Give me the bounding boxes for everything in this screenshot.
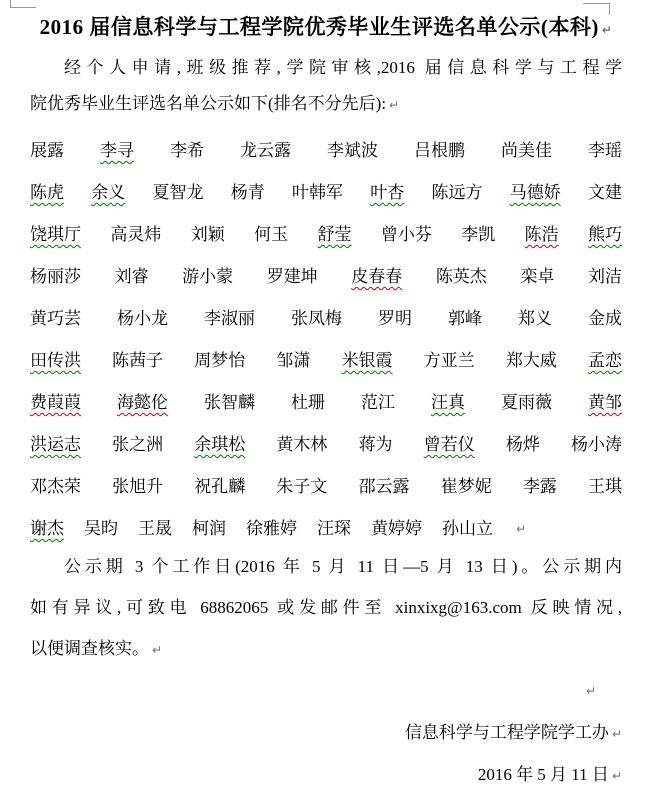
student-name: 李寻 bbox=[100, 130, 134, 172]
name-row: 田传洪陈茜子周梦怡邹潇米银霞方亚兰郑大威孟恋 bbox=[30, 340, 622, 382]
paragraph-mark-icon: ↵ bbox=[612, 769, 622, 783]
intro-line-2: 院优秀毕业生评选名单公示如下(排名不分先后):↵ bbox=[30, 83, 622, 125]
paragraph-mark-icon: ↵ bbox=[516, 508, 526, 550]
name-row: 洪运志张之洲余琪松黄木林蒋为曾若仪杨烨杨小涛 bbox=[30, 424, 622, 466]
student-name: 米银霞 bbox=[342, 340, 393, 382]
student-name: 刘睿 bbox=[115, 256, 149, 298]
student-name: 曾小芬 bbox=[381, 214, 432, 256]
student-name: 黄邹 bbox=[588, 382, 622, 424]
student-name: 夏雨薇 bbox=[501, 382, 552, 424]
student-name: 田传洪 bbox=[30, 340, 81, 382]
student-name: 高灵炜 bbox=[110, 214, 161, 256]
student-name: 马德娇 bbox=[510, 172, 561, 214]
student-name: 陈茜子 bbox=[112, 340, 163, 382]
student-name: 文建 bbox=[588, 172, 622, 214]
student-name: 李凯 bbox=[461, 214, 495, 256]
student-name: 李瑶 bbox=[588, 130, 622, 172]
student-name: 李露 bbox=[523, 466, 557, 508]
student-name: 吕根鹏 bbox=[414, 130, 465, 172]
student-name: 尚美佳 bbox=[501, 130, 552, 172]
notice-line-3: 以便调查核实。↵ bbox=[30, 628, 622, 670]
student-name: 费葭葭 bbox=[30, 382, 81, 424]
student-name: 栾卓 bbox=[520, 256, 554, 298]
student-name: 罗建坤 bbox=[267, 256, 318, 298]
student-name: 李淑丽 bbox=[204, 298, 255, 340]
name-row: 谢杰吴昀王晟柯润徐雅婷汪琛黄婷婷孙山立↵ bbox=[30, 508, 622, 550]
paragraph-mark-icon: ↵ bbox=[602, 23, 613, 37]
student-name: 孟恋 bbox=[588, 340, 622, 382]
student-name: 邵云露 bbox=[359, 466, 410, 508]
student-name: 汪真 bbox=[431, 382, 465, 424]
paragraph-mark-icon: ↵ bbox=[389, 98, 399, 112]
student-name: 张凤梅 bbox=[291, 298, 342, 340]
student-name: 夏智龙 bbox=[153, 172, 204, 214]
date-line: 2016 年 5 月 11 日↵ bbox=[30, 754, 622, 790]
student-name: 祝孔麟 bbox=[194, 466, 245, 508]
student-name: 黄婷婷 bbox=[371, 508, 422, 550]
student-name: 陈浩 bbox=[525, 214, 559, 256]
student-name: 曾若仪 bbox=[424, 424, 475, 466]
student-name: 徐雅婷 bbox=[246, 508, 297, 550]
student-name: 叶杏 bbox=[370, 172, 404, 214]
student-name: 熊巧 bbox=[588, 214, 622, 256]
student-name: 展露 bbox=[30, 130, 64, 172]
student-name: 陈虎 bbox=[30, 172, 64, 214]
empty-paragraph: ↵ bbox=[583, 670, 596, 712]
student-name: 杜珊 bbox=[291, 382, 325, 424]
notice-line-2-text: 如有异议,可致电 68862065 或发邮件至 xinxixg@163.com … bbox=[30, 598, 622, 617]
student-name: 杨小涛 bbox=[571, 424, 622, 466]
signature-text: 信息科学与工程学院学工办 bbox=[405, 723, 609, 742]
student-name: 郑大威 bbox=[506, 340, 557, 382]
student-name: 柯润 bbox=[192, 508, 226, 550]
student-name: 孙山立 bbox=[442, 508, 493, 550]
name-row: 陈虎余义夏智龙杨青叶韩军叶杏陈远方马德娇文建 bbox=[30, 172, 622, 214]
paragraph-mark-icon: ↵ bbox=[612, 727, 622, 741]
student-name: 李希 bbox=[170, 130, 204, 172]
notice-line-1-text: 公示期 3 个工作日(2016 年 5 月 11 日—5 月 13 日)。公示期… bbox=[64, 557, 622, 576]
student-name: 汪琛 bbox=[317, 508, 351, 550]
intro-line-2-text: 院优秀毕业生评选名单公示如下(排名不分先后): bbox=[30, 94, 386, 113]
student-name: 皮春春 bbox=[351, 256, 402, 298]
student-name: 郑义 bbox=[518, 298, 552, 340]
student-name: 范江 bbox=[361, 382, 395, 424]
student-name: 刘洁 bbox=[588, 256, 622, 298]
student-name: 叶韩军 bbox=[292, 172, 343, 214]
document-page: 2016 届信息科学与工程学院优秀毕业生评选名单公示(本科)↵ 经个人申请,班级… bbox=[0, 0, 652, 790]
student-name: 陈远方 bbox=[432, 172, 483, 214]
student-name: 郭峰 bbox=[448, 298, 482, 340]
student-name: 王晟 bbox=[138, 508, 172, 550]
student-name: 洪运志 bbox=[30, 424, 81, 466]
notice-line-2: 如有异议,可致电 68862065 或发邮件至 xinxixg@163.com … bbox=[30, 587, 622, 629]
student-name: 余琪松 bbox=[194, 424, 245, 466]
name-row: 黄巧芸杨小龙李淑丽张凤梅罗明郭峰郑义金成 bbox=[30, 298, 622, 340]
student-name: 谢杰 bbox=[30, 508, 64, 550]
student-name: 黄木林 bbox=[276, 424, 327, 466]
student-name: 刘颖 bbox=[191, 214, 225, 256]
student-name: 罗明 bbox=[378, 298, 412, 340]
intro-line-1-text: 经个人申请,班级推荐,学院审核,2016 届信息科学与工程学 bbox=[64, 58, 622, 77]
student-name: 张旭升 bbox=[112, 466, 163, 508]
student-name: 王琪 bbox=[588, 466, 622, 508]
student-name: 何玉 bbox=[254, 214, 288, 256]
student-name: 张智麟 bbox=[204, 382, 255, 424]
student-name: 舒莹 bbox=[318, 214, 352, 256]
student-name: 龙云露 bbox=[240, 130, 291, 172]
student-name: 李斌波 bbox=[327, 130, 378, 172]
paragraph-mark-icon: ↵ bbox=[152, 643, 162, 657]
student-name: 杨烨 bbox=[506, 424, 540, 466]
name-row: 展露李寻李希龙云露李斌波吕根鹏尚美佳李瑶 bbox=[30, 130, 622, 172]
name-row: 费葭葭海懿伦张智麟杜珊范江汪真夏雨薇黄邹 bbox=[30, 382, 622, 424]
student-name: 海懿伦 bbox=[117, 382, 168, 424]
notice-line-3-text: 以便调查核实。 bbox=[30, 639, 149, 658]
paragraph-mark-icon: ↵ bbox=[586, 684, 596, 698]
student-name: 金成 bbox=[588, 298, 622, 340]
student-name: 朱子文 bbox=[276, 466, 327, 508]
student-name: 游小蒙 bbox=[182, 256, 233, 298]
student-name: 余义 bbox=[91, 172, 125, 214]
page-title-text: 2016 届信息科学与工程学院优秀毕业生评选名单公示(本科) bbox=[40, 15, 599, 39]
name-row: 邓杰荣张旭升祝孔麟朱子文邵云露崔梦妮李露王琪 bbox=[30, 466, 622, 508]
student-name: 周梦怡 bbox=[194, 340, 245, 382]
student-name: 杨小龙 bbox=[117, 298, 168, 340]
student-name: 饶琪厅 bbox=[30, 214, 81, 256]
student-name: 杨丽莎 bbox=[30, 256, 81, 298]
student-name: 张之洲 bbox=[112, 424, 163, 466]
name-row: 饶琪厅高灵炜刘颖何玉舒莹曾小芬李凯陈浩熊巧 bbox=[30, 214, 622, 256]
student-name: 黄巧芸 bbox=[30, 298, 81, 340]
student-name: 邹潇 bbox=[276, 340, 310, 382]
student-name: 杨青 bbox=[231, 172, 265, 214]
student-name: 蒋为 bbox=[359, 424, 393, 466]
notice-line-1: 公示期 3 个工作日(2016 年 5 月 11 日—5 月 13 日)。公示期… bbox=[30, 546, 622, 588]
signature-line: 信息科学与工程学院学工办↵ bbox=[30, 712, 622, 754]
student-name: 崔梦妮 bbox=[441, 466, 492, 508]
name-row: 杨丽莎刘睿游小蒙罗建坤皮春春陈英杰栾卓刘洁 bbox=[30, 256, 622, 298]
student-name: 吴昀 bbox=[84, 508, 118, 550]
date-text: 2016 年 5 月 11 日 bbox=[478, 765, 609, 784]
page-title: 2016 届信息科学与工程学院优秀毕业生评选名单公示(本科)↵ bbox=[30, 6, 622, 48]
student-name: 陈英杰 bbox=[436, 256, 487, 298]
student-name: 方亚兰 bbox=[424, 340, 475, 382]
student-name: 邓杰荣 bbox=[30, 466, 81, 508]
